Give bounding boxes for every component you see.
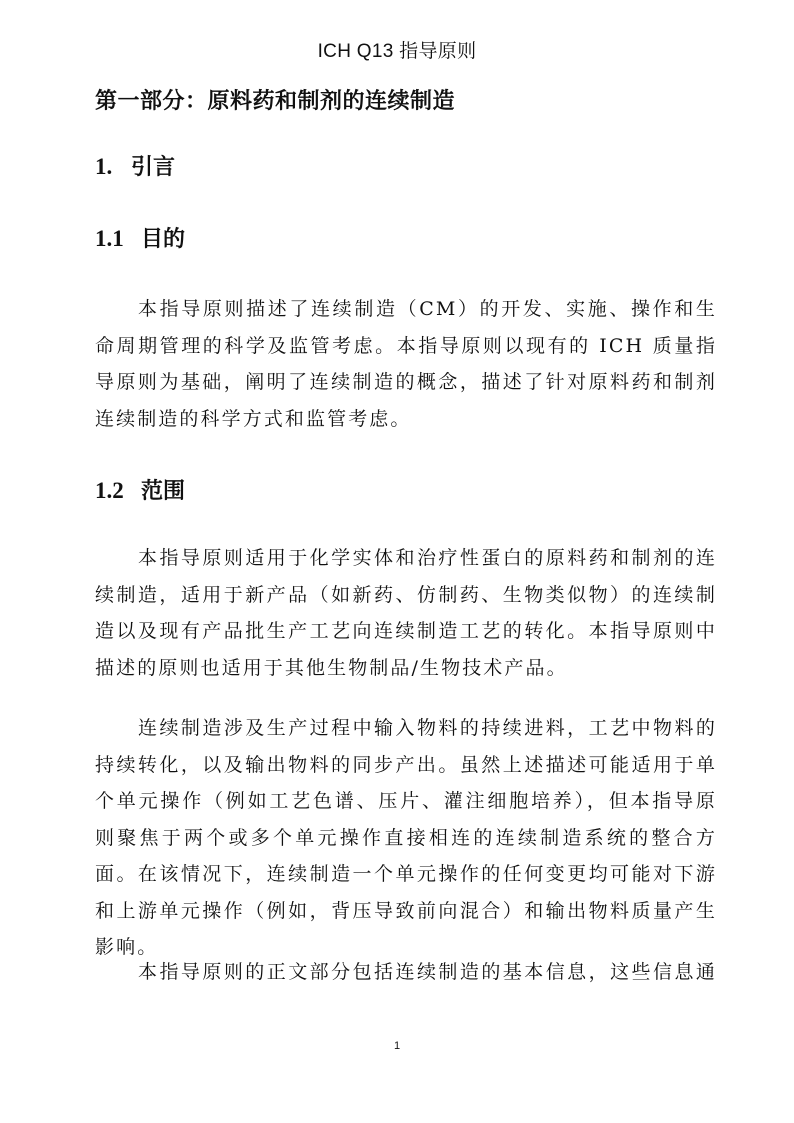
- section-heading-introduction: 1.引言: [95, 152, 175, 183]
- running-header: ICH Q13 指导原则: [0, 36, 794, 63]
- paragraph-continuous-manufacturing: 连续制造涉及生产过程中输入物料的持续进料，工艺中物料的持续转化，以及输出物料的同…: [95, 710, 717, 966]
- section-title: 范围: [141, 479, 185, 504]
- section-heading-scope: 1.2范围: [95, 476, 185, 507]
- section-number: 1.: [95, 152, 131, 182]
- section-title: 目的: [141, 227, 185, 252]
- page-number: 1: [0, 1040, 794, 1052]
- section-number: 1.2: [95, 476, 141, 506]
- paragraph-main-body: 本指导原则的正文部分包括连续制造的基本信息，这些信息通: [95, 954, 717, 991]
- page-content: 第一部分：原料药和制剂的连续制造 1.引言 1.1目的 本指导原则描述了连续制造…: [95, 82, 717, 122]
- section-title: 引言: [131, 155, 175, 180]
- part-title: 第一部分：原料药和制剂的连续制造: [95, 82, 717, 122]
- document-page: ICH Q13 指导原则 第一部分：原料药和制剂的连续制造 1.引言 1.1目的…: [0, 0, 794, 1123]
- paragraph-scope: 本指导原则适用于化学实体和治疗性蛋白的原料药和制剂的连续制造，适用于新产品（如新…: [95, 540, 717, 686]
- section-heading-purpose: 1.1目的: [95, 224, 185, 255]
- paragraph-purpose: 本指导原则描述了连续制造（CM）的开发、实施、操作和生命周期管理的科学及监管考虑…: [95, 291, 717, 437]
- section-number: 1.1: [95, 224, 141, 254]
